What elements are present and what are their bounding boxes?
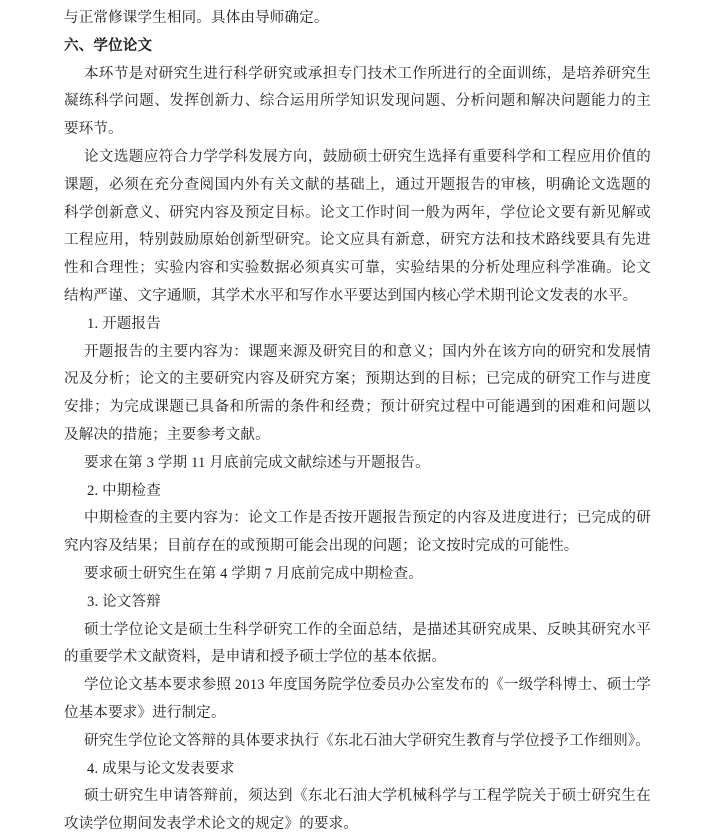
paragraph-topic-selection: 论文选题应符合力学学科发展方向，鼓励硕士研究生选择有重要科学和工程应用价值的课题… [64,144,651,311]
paragraph-midterm-deadline: 要求硕士研究生在第 4 学期 7 月底前完成中期检查。 [64,561,651,589]
paragraph-overview: 本环节是对研究生进行科学研究或承担专门技术工作所进行的全面训练，是培养研究生凝练… [64,61,651,144]
section-heading-degree-thesis: 六、学位论文 [64,33,651,61]
numbered-item-midterm-check: 2. 中期检查 [64,478,651,506]
paragraph-opening-report-content: 开题报告的主要内容为：课题来源及研究目的和意义；国内外在该方向的研究和发展情况及… [64,339,651,450]
paragraph-opening-report-deadline: 要求在第 3 学期 11 月底前完成文献综述与开题报告。 [64,450,651,478]
document-page: 与正常修课学生相同。具体由导师确定。 六、学位论文 本环节是对研究生进行科学研究… [0,0,712,836]
paragraph-continuation: 与正常修课学生相同。具体由导师确定。 [64,5,651,33]
numbered-item-opening-report: 1. 开题报告 [64,311,651,339]
paragraph-midterm-content: 中期检查的主要内容为：论文工作是否按开题报告预定的内容及进度进行；已完成的研究内… [64,505,651,561]
numbered-item-thesis-defense: 3. 论文答辩 [64,589,651,617]
paragraph-defense-description: 硕士学位论文是硕士生科学研究工作的全面总结，是描述其研究成果、反映其研究水平的重… [64,617,651,673]
paragraph-defense-rules: 研究生学位论文答辩的具体要求执行《东北石油大学研究生教育与学位授予工作细则》。 [64,728,651,756]
paragraph-basic-requirements: 学位论文基本要求参照 2013 年度国务院学位委员办公室发布的《一级学科博士、硕… [64,672,651,728]
paragraph-publication-requirements: 硕士研究生申请答辩前，须达到《东北石油大学机械科学与工程学院关于硕士研究生在攻读… [64,783,651,836]
numbered-item-publication-requirements: 4. 成果与论文发表要求 [64,756,651,784]
